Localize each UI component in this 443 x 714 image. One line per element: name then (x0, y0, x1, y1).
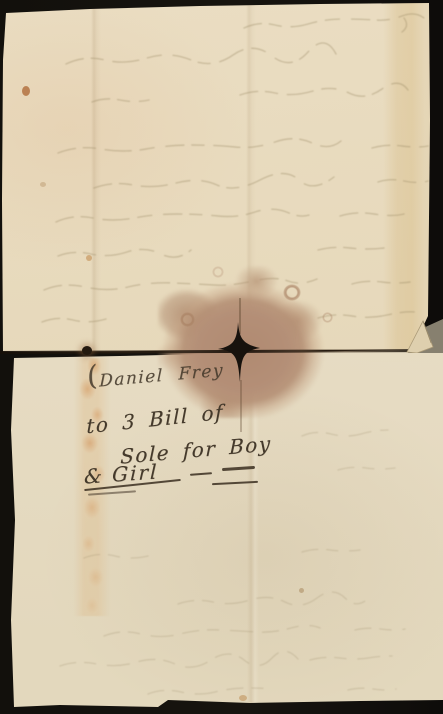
stain-ring-spot (180, 312, 195, 327)
stain-ring-spot (322, 312, 333, 323)
rust-speck (239, 695, 247, 701)
rust-speck (299, 588, 304, 593)
rust-speck (22, 86, 30, 96)
fold-wear-hole-small (82, 346, 92, 355)
rust-speck (40, 182, 46, 187)
stain-ring-spot (212, 266, 224, 278)
folded-corner-dogear (404, 309, 443, 353)
rust-speck (86, 255, 92, 261)
center-fold-crease (240, 380, 242, 432)
stain-ring-spot (283, 284, 301, 301)
scanned-document: ( Daniel Frey to 3 Bill of Sole for Boy … (0, 0, 443, 714)
